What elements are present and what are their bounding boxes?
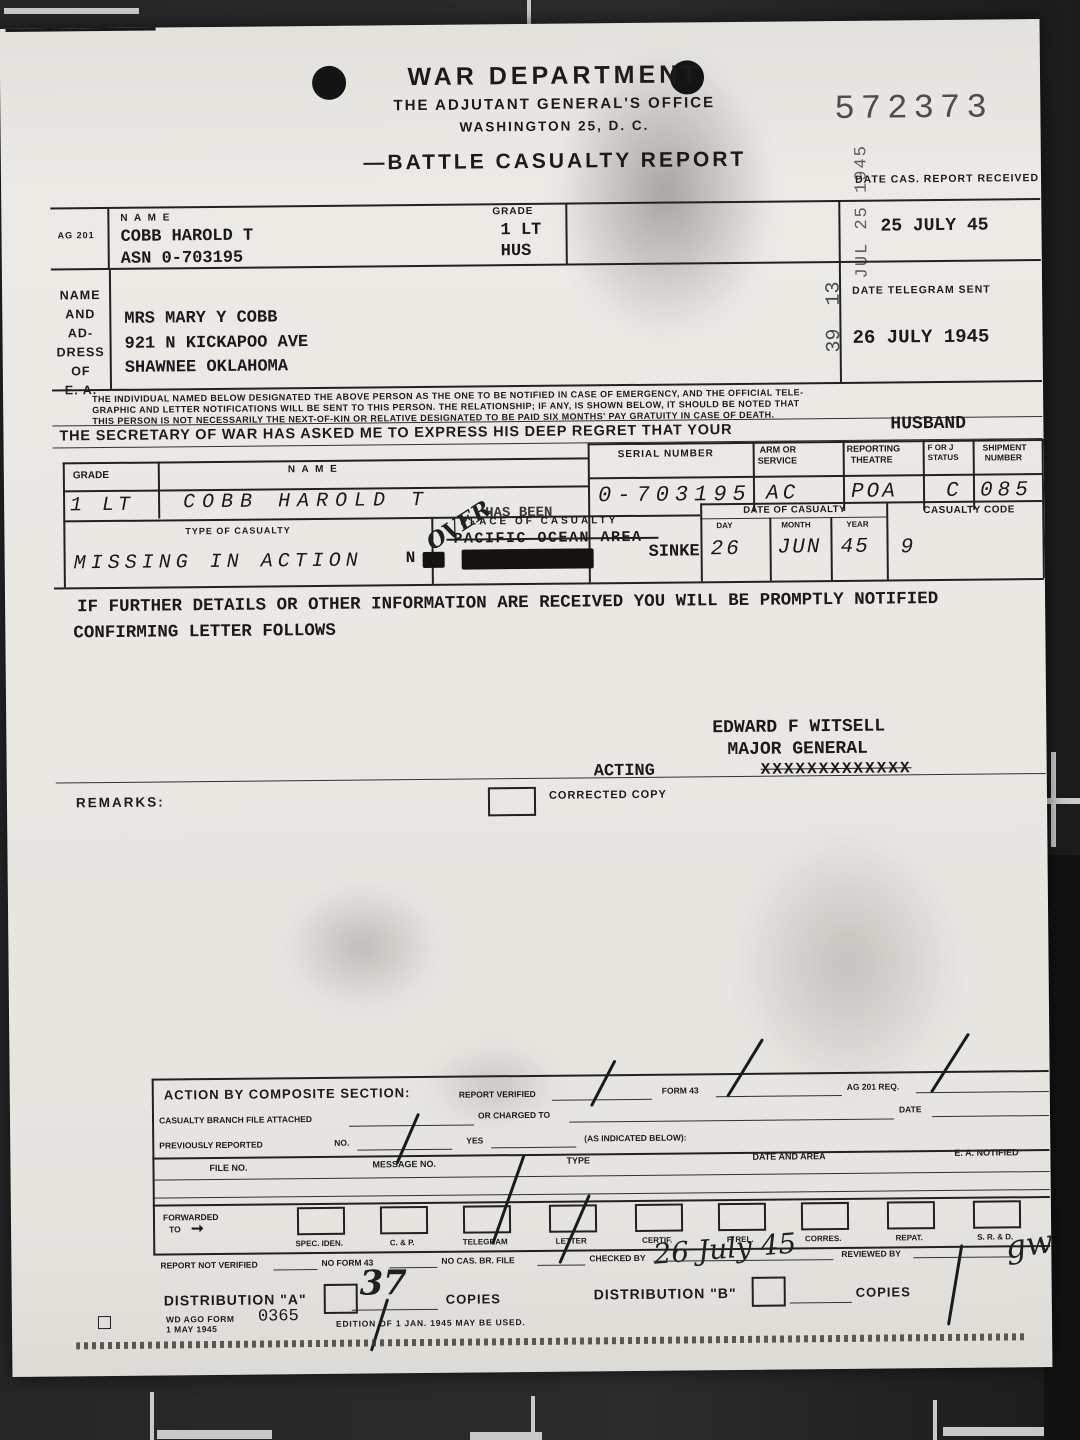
ink-smudge [731, 826, 964, 1098]
name-header: N A M E [288, 464, 339, 475]
washington-line: WASHINGTON 25, D. C. [364, 117, 744, 136]
rule [923, 440, 926, 510]
c-and-p-label: C. & P. [362, 1238, 442, 1248]
ag-201-label: AG 201 [57, 230, 94, 240]
registration-mark [470, 1432, 542, 1440]
month-value: JUN [777, 536, 821, 559]
distribution-b-copies-label: COPIES [856, 1284, 911, 1300]
theatre-value: POA [851, 480, 898, 503]
corres-checkbox [801, 1202, 849, 1230]
ea-address-line-3: SHAWNEE OKLAHOMA [125, 357, 288, 378]
registration-mark [527, 0, 531, 24]
scanned-document-scene: WAR DEPARTMENT THE ADJUTANT GENERAL'S OF… [0, 0, 1080, 1440]
checkmark-form-43 [726, 1038, 764, 1098]
type-of-casualty-label: TYPE OF CASUALTY [185, 525, 290, 536]
no-cas-br-file-label: NO CAS. BR. FILE [441, 1255, 514, 1266]
distribution-a-copies-label: COPIES [446, 1291, 501, 1307]
hole-punch [312, 66, 346, 100]
fill-line [932, 1115, 1049, 1117]
registration-mark [150, 1392, 154, 1440]
relationship-code-typed: HUS [501, 242, 532, 261]
shipment-number-header-2: NUMBER [985, 452, 1022, 462]
or-charged-to-label: OR CHARGED TO [478, 1110, 550, 1121]
body-line-1: IF FURTHER DETAILS OR OTHER INFORMATION … [77, 589, 938, 617]
acting-typed: ACTING [594, 762, 655, 782]
checked-by-handwritten-value: 26 July 45 [652, 1226, 797, 1270]
corrected-copy-label: CORRECTED COPY [549, 789, 667, 802]
status-value: C [946, 480, 959, 503]
ea-address-line-1: MRS MARY Y COBB [124, 308, 277, 328]
casualty-name-typed: COBB HAROLD T [120, 227, 253, 247]
reporting-theatre-header-2: THEATRE [851, 454, 893, 464]
registration-mark [4, 8, 139, 14]
month-label: MONTH [781, 520, 810, 529]
footer-checkbox [98, 1316, 111, 1329]
form-date-label: 1 MAY 1945 [166, 1324, 217, 1334]
redacted-prefix-char: N [406, 549, 416, 567]
telegram-label: TELEGRAM [445, 1237, 525, 1247]
ink-smudge [554, 48, 777, 340]
grade-header: GRADE [73, 470, 109, 481]
grade-value: 1 LT [70, 494, 134, 518]
spec-iden-label: SPEC. IDEN. [279, 1239, 359, 1249]
ea-notified-column: E. A. NOTIFIED [954, 1147, 1018, 1158]
srd-checkbox [973, 1200, 1021, 1228]
day-label: DAY [716, 521, 732, 530]
grade-value-typed: 1 LT [500, 221, 541, 240]
rule [769, 518, 772, 581]
fill-line [916, 1091, 1049, 1093]
type-column: TYPE [566, 1155, 590, 1165]
rule [153, 1171, 1050, 1181]
rule [50, 198, 1040, 210]
remarks-label: REMARKS: [76, 794, 165, 810]
shipment-number-header-1: SHIPMENT [983, 442, 1027, 452]
rule [109, 270, 112, 390]
rule [158, 462, 161, 519]
report-verified-label: REPORT VERIFIED [459, 1089, 536, 1100]
fill-line [537, 1264, 585, 1265]
signature-name: EDWARD F WITSELL [712, 717, 885, 739]
grade-column-header: GRADE [492, 206, 533, 217]
ea-label-1: NAME [54, 288, 106, 302]
since-word-typed: SINKE [649, 542, 700, 561]
code-value: 9 [900, 536, 913, 559]
rule [1042, 439, 1045, 578]
pencil-number-13: 13 [823, 281, 846, 305]
fill-line [790, 1302, 852, 1304]
ea-label-3: AD- [54, 326, 106, 340]
name-value: COBB HAROLD T [183, 489, 430, 514]
file-no-column: FILE NO. [209, 1163, 247, 1173]
adjutant-general-office-line: THE ADJUTANT GENERAL'S OFFICE [364, 94, 744, 115]
shipment-value: 085 [980, 479, 1033, 503]
ag-201-req-label: AG 201 REQ. [847, 1081, 900, 1092]
registration-mark [1051, 752, 1056, 847]
rule [753, 442, 756, 512]
signature-rank: MAJOR GENERAL [727, 739, 868, 760]
rule [54, 578, 1044, 590]
corrected-copy-checkbox [488, 787, 536, 816]
scan-artifact-bar [5, 22, 155, 32]
rule [973, 440, 976, 510]
c-and-p-checkbox [380, 1206, 428, 1234]
rule [700, 503, 703, 581]
redaction-block [462, 548, 594, 569]
rule [152, 1070, 1049, 1081]
pencil-number-39: 39 [823, 328, 846, 352]
composite-section-title: ACTION BY COMPOSITE SECTION: [164, 1085, 411, 1102]
checkmark-stroke [930, 1033, 970, 1094]
casualty-code-label: CASUALTY CODE [923, 504, 1015, 516]
rule [152, 1149, 1049, 1160]
ea-address-line-2: 921 N KICKAPOO AVE [124, 333, 308, 354]
registration-mark [157, 1430, 272, 1439]
date-and-area-column: DATE AND AREA [752, 1151, 825, 1162]
year-value: 45 [840, 536, 869, 559]
received-date-stamp: JUL 25 1945 [852, 144, 872, 278]
distribution-a-label: DISTRIBUTION "A" [164, 1291, 307, 1308]
message-no-column: MESSAGE NO. [372, 1159, 436, 1170]
rule [886, 502, 889, 580]
rule [56, 773, 1046, 784]
rule [565, 203, 568, 265]
forwarded-label-2: TO [169, 1224, 181, 1234]
certif-checkbox [635, 1204, 683, 1232]
no-label: NO. [334, 1138, 349, 1148]
relationship-typed: HUSBAND [890, 414, 966, 435]
as-indicated-label: (AS INDICATED BELOW): [584, 1132, 686, 1143]
rule [838, 200, 841, 262]
report-not-verified-label: REPORT NOT VERIFIED [160, 1260, 257, 1271]
fill-line [913, 1256, 1013, 1258]
date-telegram-sent-label: DATE TELEGRAM SENT [852, 284, 991, 297]
war-department-heading: WAR DEPARTMENT [374, 60, 734, 92]
fill-line [569, 1118, 894, 1122]
fill-line [552, 1099, 652, 1101]
fill-line [716, 1095, 842, 1097]
fill-line [491, 1147, 576, 1149]
name-column-header: N A M E [120, 212, 171, 223]
reviewed-by-label: REVIEWED BY [841, 1248, 901, 1259]
ea-label-5: OF [55, 364, 107, 378]
ea-label-4: DRESS [55, 345, 107, 359]
casualty-branch-file-label: CASUALTY BRANCH FILE ATTACHED [159, 1114, 312, 1125]
wd-ago-form-label: WD AGO FORM [166, 1314, 235, 1325]
edition-note: EDITION OF 1 JAN. 1945 MAY BE USED. [336, 1317, 526, 1329]
document-paper: WAR DEPARTMENT THE ADJUTANT GENERAL'S OF… [0, 19, 1052, 1377]
distribution-a-copies-handwritten: 37 [359, 1263, 407, 1303]
checked-by-label: CHECKED BY [589, 1253, 645, 1264]
rule [152, 1079, 156, 1255]
spec-iden-checkbox [297, 1207, 345, 1235]
arm-or-service-header-2: SERVICE [758, 455, 797, 465]
distribution-b-checkbox [752, 1277, 786, 1307]
repat-label: REPAT. [869, 1233, 949, 1243]
fill-line [352, 1309, 438, 1311]
day-value: 26 [710, 538, 741, 561]
date-cas-report-received-label: DATE CAS. REPORT RECEIVED [855, 172, 1039, 186]
f-or-j-status-header-1: F OR J [928, 443, 954, 452]
battle-casualty-report-title: —BATTLE CASUALTY REPORT [335, 148, 775, 176]
rule [830, 517, 833, 580]
casualty-asn-typed: ASN 0-703195 [121, 249, 244, 269]
previously-reported-label: PREVIOUSLY REPORTED [159, 1140, 263, 1151]
redaction-block [423, 552, 445, 568]
registration-mark [933, 1400, 937, 1440]
yes-label: YES [466, 1135, 483, 1145]
ink-smudge [282, 881, 443, 1013]
serial-number-stamp: 572373 [834, 89, 993, 129]
form-number: 0365 [258, 1307, 299, 1326]
form-43-label: FORM 43 [662, 1085, 699, 1095]
reporting-theatre-header-1: REPORTING [847, 443, 901, 454]
f-or-j-status-header-2: STATUS [928, 453, 959, 462]
date-of-casualty-label: DATE OF CASUALTY [743, 504, 846, 516]
f-rel-checkbox [718, 1203, 766, 1231]
year-label: YEAR [846, 520, 868, 529]
rule [843, 441, 846, 511]
body-line-2: CONFIRMING LETTER FOLLOWS [73, 621, 336, 644]
date-telegram-sent-value: 26 JULY 1945 [852, 326, 989, 349]
perforation-shadow [76, 1333, 1026, 1349]
rule [107, 207, 110, 269]
distribution-b-label: DISTRIBUTION "B" [594, 1285, 737, 1302]
date-label: DATE [899, 1104, 922, 1114]
date-cas-received-value: 25 JULY 45 [880, 216, 988, 237]
fill-line [273, 1269, 317, 1270]
serial-number-header: SERIAL NUMBER [618, 448, 714, 460]
forwarded-arrow-icon: ➞ [191, 1219, 204, 1237]
type-of-casualty-value: MISSING IN ACTION [74, 550, 363, 576]
repat-checkbox [887, 1201, 935, 1229]
rule [63, 462, 66, 587]
reviewed-by-initials-handwritten: gw [1003, 1222, 1053, 1267]
ea-label-2: AND [54, 307, 106, 321]
arm-or-service-header-1: ARM OR [760, 444, 797, 454]
